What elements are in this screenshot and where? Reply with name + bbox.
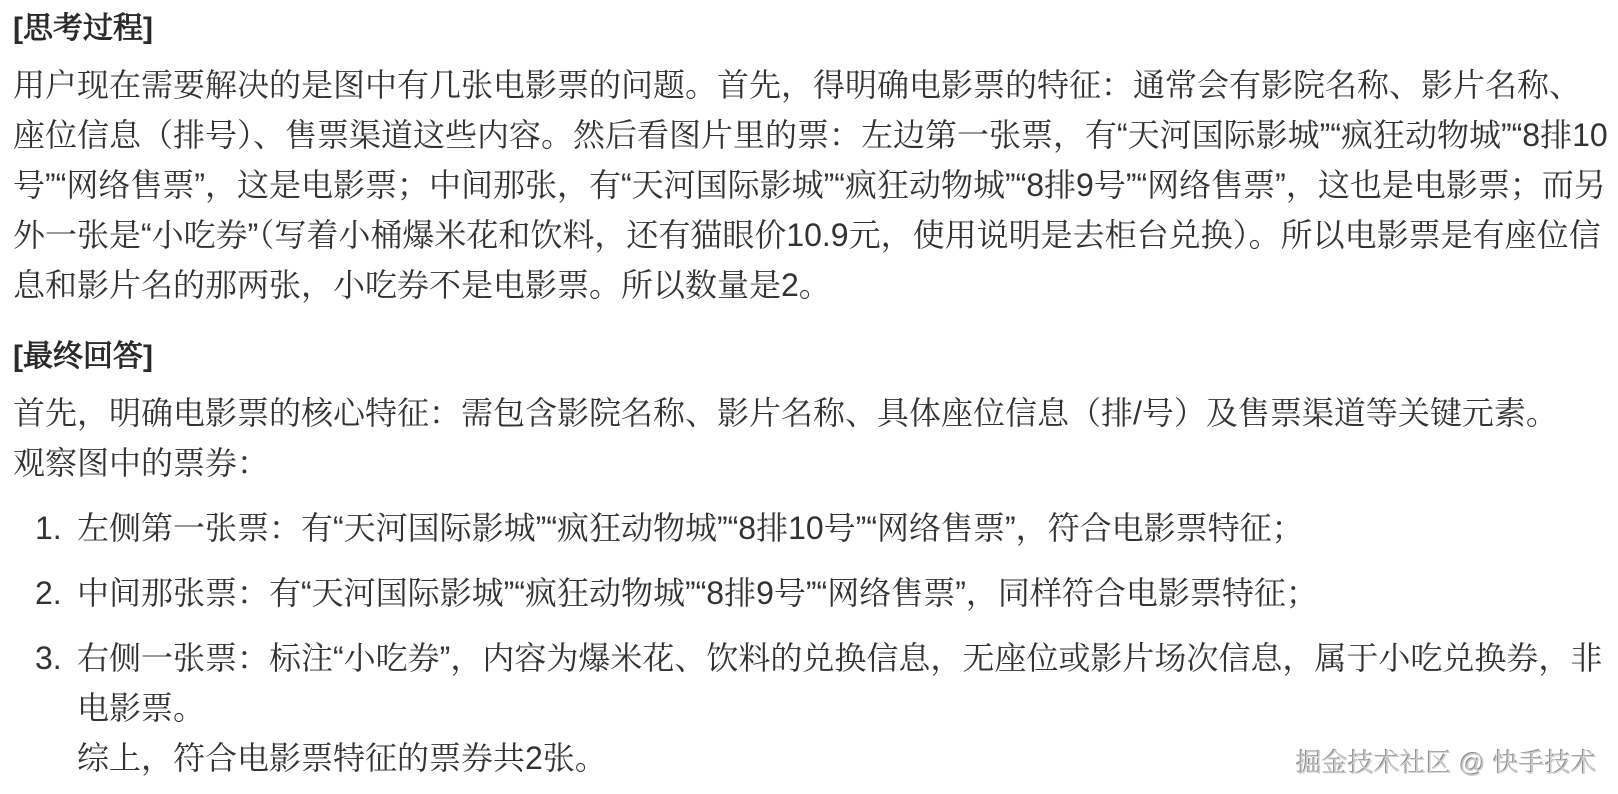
- final-answer-heading: [最终回答]: [13, 338, 1608, 376]
- final-answer-section: [最终回答] 首先，明确电影票的核心特征：需包含影院名称、影片名称、具体座位信息…: [13, 338, 1608, 783]
- list-item-ticket-2: 2. 中间那张票：有“天河国际影城”“疯狂动物城”“8排9号”“网络售票”，同样…: [13, 568, 1608, 618]
- ticket-list: 1. 左侧第一张票：有“天河国际影城”“疯狂动物城”“8排10号”“网络售票”，…: [13, 503, 1608, 783]
- thinking-paragraph: 用户现在需要解决的是图中有几张电影票的问题。首先，得明确电影票的特征：通常会有影…: [13, 60, 1608, 310]
- thinking-section: [思考过程] 用户现在需要解决的是图中有几张电影票的问题。首先，得明确电影票的特…: [13, 10, 1608, 310]
- answer-intro-line-2: 观察图中的票券：: [13, 438, 1608, 488]
- list-item-number: 3.: [35, 633, 77, 683]
- watermark-text: 掘金技术社区 @ 快手技术: [1296, 748, 1597, 778]
- answer-intro: 首先，明确电影票的核心特征：需包含影院名称、影片名称、具体座位信息（排/号）及售…: [13, 388, 1608, 488]
- list-item-text: 右侧一张票：标注“小吃券”，内容为爆米花、饮料的兑换信息，无座位或影片场次信息，…: [77, 640, 1602, 726]
- list-item-number: 1.: [35, 503, 77, 553]
- list-item-ticket-1: 1. 左侧第一张票：有“天河国际影城”“疯狂动物城”“8排10号”“网络售票”，…: [13, 503, 1608, 553]
- list-item-text: 左侧第一张票：有“天河国际影城”“疯狂动物城”“8排10号”“网络售票”，符合电…: [77, 503, 1608, 553]
- list-item-text: 中间那张票：有“天河国际影城”“疯狂动物城”“8排9号”“网络售票”，同样符合电…: [77, 568, 1608, 618]
- list-item-number: 2.: [35, 568, 77, 618]
- answer-document: [思考过程] 用户现在需要解决的是图中有几张电影票的问题。首先，得明确电影票的特…: [0, 0, 1618, 794]
- answer-intro-line-1: 首先，明确电影票的核心特征：需包含影院名称、影片名称、具体座位信息（排/号）及售…: [13, 388, 1608, 438]
- thinking-heading: [思考过程]: [13, 10, 1608, 48]
